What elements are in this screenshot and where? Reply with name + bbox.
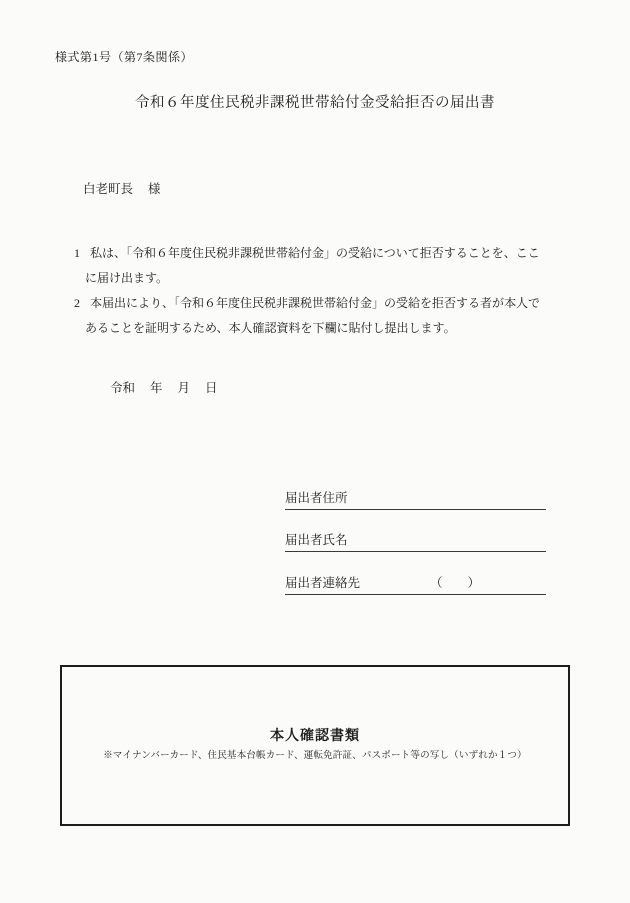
name-field-label: 届出者氏名 xyxy=(285,533,348,547)
addressee-name: 白老町長 xyxy=(83,182,133,196)
clause-2: 2本届出により、「令和６年度住民税非課税世帯給付金」の受給を拒否する者が本人であ… xyxy=(74,291,550,341)
contact-parens: （ ） xyxy=(430,573,480,593)
field-row-name: 届出者氏名 xyxy=(285,530,546,552)
addressee-honorific: 様 xyxy=(148,182,161,196)
field-row-address: 届出者住所 xyxy=(285,488,546,510)
clause-1-text: 私は、「令和６年度住民税非課税世帯給付金」の受給について拒否することを、ここに届… xyxy=(85,246,540,285)
clause-1-number: 1 xyxy=(74,241,90,266)
clause-2-text: 本届出により、「令和６年度住民税非課税世帯給付金」の受給を拒否する者が本人である… xyxy=(85,296,540,335)
addressee-line: 白老町長様 xyxy=(83,181,161,197)
date-month-label: 月 xyxy=(178,381,191,395)
clause-1: 1私は、「令和６年度住民税非課税世帯給付金」の受給について拒否することを、ここに… xyxy=(74,241,550,291)
date-line: 令和年月日 xyxy=(110,376,218,401)
clause-2-number: 2 xyxy=(74,291,90,316)
date-day-label: 日 xyxy=(205,381,218,395)
id-box-title: 本人確認書類 xyxy=(270,728,360,746)
date-year-label: 年 xyxy=(150,381,163,395)
contact-field-label: 届出者連絡先 xyxy=(285,576,360,590)
clause-list: 1私は、「令和６年度住民税非課税世帯給付金」の受給について拒否することを、ここに… xyxy=(74,241,550,341)
page-title: 令和６年度住民税非課税世帯給付金受給拒否の届出書 xyxy=(0,94,630,112)
form-number: 様式第1号（第7条関係） xyxy=(55,50,193,65)
form-page: 様式第1号（第7条関係） 令和６年度住民税非課税世帯給付金受給拒否の届出書 白老… xyxy=(0,0,630,903)
field-row-contact: 届出者連絡先 （ ） xyxy=(285,573,546,595)
id-attachment-box: 本人確認書類 ※マイナンバーカード、住民基本台帳カード、運転免許証、パスポート等… xyxy=(60,665,570,826)
date-era-label: 令和 xyxy=(110,381,135,395)
id-box-note: ※マイナンバーカード、住民基本台帳カード、運転免許証、パスポート等の写し（いずれ… xyxy=(103,749,527,763)
address-field-label: 届出者住所 xyxy=(285,491,348,505)
